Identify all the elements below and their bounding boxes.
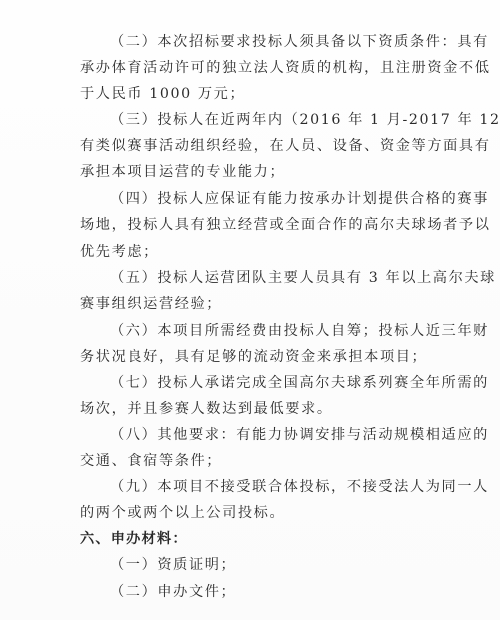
clause-6-line-2: 务状况良好，具有足够的流动资金来承担本项目； [80, 344, 426, 370]
clause-5-line-2: 赛事组织运营经验； [80, 291, 426, 317]
clause-4-line-1: （四）投标人应保证有能力按承办计划提供合格的赛事 [110, 186, 426, 212]
clause-3-line-2: 有类似赛事活动组织经验，在人员、设备、资金等方面具有 [80, 133, 426, 159]
clause-2-line-1: （二）本次招标要求投标人须具备以下资质条件：具有 [110, 29, 426, 55]
material-2: （二）申办文件； [110, 579, 426, 605]
clause-4-line-2: 场地，投标人具有独立经营或全面合作的高尔夫球场者予以 [80, 212, 426, 238]
clause-3-line-1: （三）投标人在近两年内（2016 年 1 月-2017 年 12 月） [110, 107, 426, 133]
clause-8-line-1: （八）其他要求：有能力协调安排与活动规模相适应的 [110, 422, 426, 448]
clause-3-line-3: 承担本项目运营的专业能力； [80, 159, 426, 185]
clause-7-line-2: 场次，并且参赛人数达到最低要求。 [80, 396, 426, 422]
document-page: （二）本次招标要求投标人须具备以下资质条件：具有 承办体育活动许可的独立法人资质… [0, 0, 500, 620]
clause-2-line-2: 承办体育活动许可的独立法人资质的机构，且注册资金不低 [80, 55, 426, 81]
clause-9-line-2: 的两个或两个以上公司投标。 [80, 500, 426, 526]
clause-6-line-1: （六）本项目所需经费由投标人自筹；投标人近三年财 [110, 318, 426, 344]
clause-4-line-3: 优先考虑； [80, 239, 426, 265]
clause-8-line-2: 交通、食宿等条件； [80, 448, 426, 474]
clause-7-line-1: （七）投标人承诺完成全国高尔夫球系列赛全年所需的 [110, 370, 426, 396]
section-6-heading: 六、申办材料： [80, 526, 426, 552]
clause-5-line-1: （五）投标人运营团队主要人员具有 3 年以上高尔夫球 [110, 265, 426, 291]
clause-2-line-3: 于人民币 1000 万元； [80, 81, 426, 107]
material-1: （一）资质证明； [110, 552, 426, 578]
clause-9-line-1: （九）本项目不接受联合体投标，不接受法人为同一人 [110, 474, 426, 500]
